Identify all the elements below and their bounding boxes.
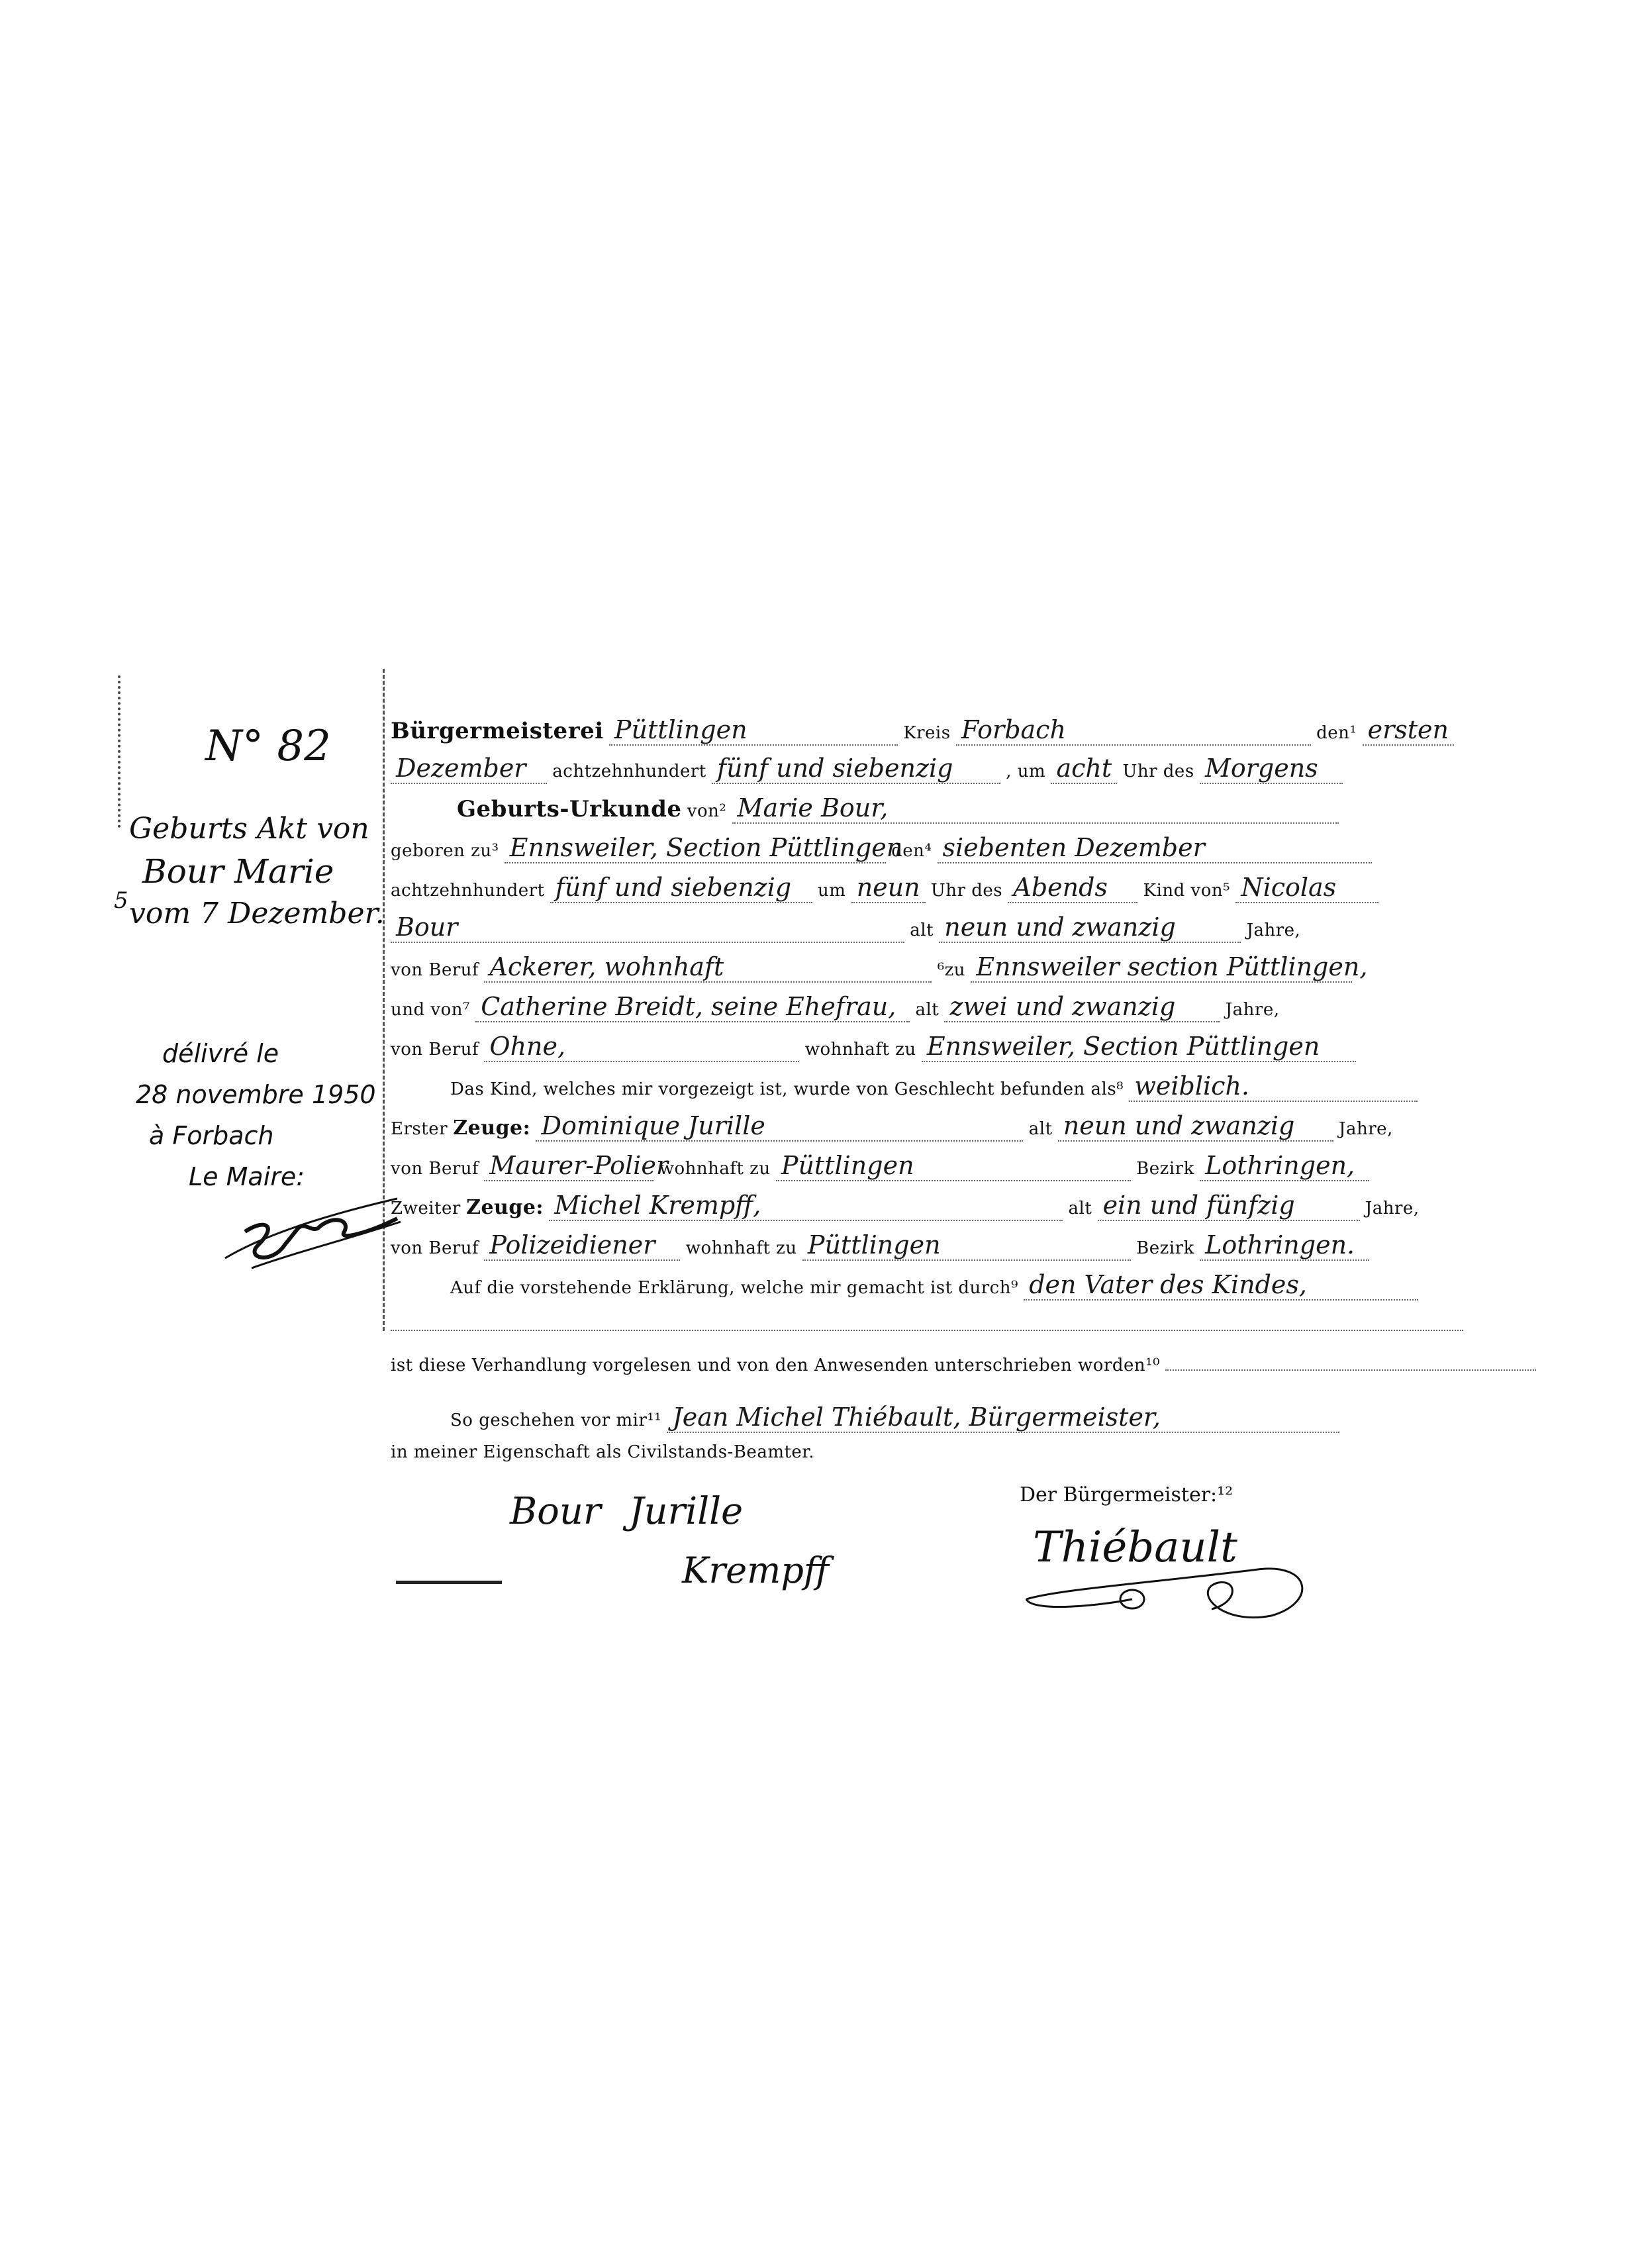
margin-annotation-line: Bour Marie [129, 850, 367, 893]
label-witness: Zeuge: [453, 1116, 530, 1140]
field-month: Dezember [391, 754, 547, 784]
field-witness1-name: Dominique Jurille [536, 1111, 1023, 1142]
label-age: alt [1069, 1199, 1092, 1218]
margin-mayor-signature [218, 1192, 404, 1271]
form-row-mayoralty: Bürgermeisterei Püttlingen Kreis Forbach… [391, 715, 1454, 755]
field-witness1-age: neun und zwanzig [1058, 1111, 1333, 1142]
blank-dotted-line [1165, 1350, 1536, 1371]
label-mayoralty: Bürgermeisterei [391, 718, 604, 744]
margin-annotation: Geburts Akt von Bour Marie vom 7 Dezembe… [129, 808, 367, 935]
label-second: Zweiter [391, 1199, 461, 1218]
label-age: alt [915, 1000, 939, 1020]
label-read-and-signed: ist diese Verhandlung vorgelesen und von… [391, 1356, 1160, 1375]
label-century: achtzehnhundert [552, 762, 706, 781]
field-witness2-name: Michel Krempff, [549, 1191, 1063, 1221]
label-of: von² [687, 801, 727, 821]
french-note-line: délivré le [136, 1033, 387, 1074]
form-row-mother-profession: von Beruf Ohne, wohnhaft zu Ennsweiler, … [391, 1032, 1356, 1071]
field-birth-year: fünf und siebenzig [550, 873, 812, 903]
label-birth-record: Geburts-Urkunde [457, 796, 682, 822]
form-row-witness1: Erster Zeuge: Dominique Jurille alt neun… [391, 1111, 1393, 1151]
form-row-witness1-details: von Beruf Maurer-Polier wohnhaft zu Pütt… [391, 1151, 1369, 1191]
label-profession: von Beruf [391, 1040, 479, 1060]
form-row-title: Geburts-Urkunde von² Marie Bour, [457, 793, 1339, 833]
mayor-title: Der Bürgermeister:¹² [1020, 1483, 1364, 1506]
field-witness2-age: ein und fünfzig [1098, 1191, 1360, 1221]
label-hour-of: Uhr des [931, 881, 1002, 901]
french-note-line: à Forbach [136, 1115, 387, 1156]
margin-side-mark: 5 [114, 887, 128, 914]
label-residing: ⁶zu [938, 960, 965, 980]
field-official: Jean Michel Thiébault, Bürgermeister, [667, 1403, 1339, 1433]
field-father-age: neun und zwanzig [939, 912, 1241, 943]
french-note-line: 28 novembre 1950 [136, 1074, 387, 1115]
field-witness2-profession: Polizeidiener [484, 1230, 680, 1261]
label-sex-statement: Das Kind, welches mir vorgezeigt ist, wu… [450, 1079, 1124, 1099]
field-mother-age: zwei und zwanzig [944, 992, 1220, 1022]
field-witness1-residence: Püttlingen [776, 1151, 1131, 1181]
mayor-signature-block: Der Bürgermeister:¹² Thiébault [1020, 1483, 1364, 1629]
label-at: um [818, 881, 845, 901]
field-witness2-residence: Püttlingen [802, 1230, 1131, 1261]
label-declaration: Auf die vorstehende Erklärung, welche mi… [450, 1278, 1018, 1298]
label-done-before-me: So geschehen vor mir¹¹ [450, 1410, 661, 1430]
field-father-last-name: Bour [391, 912, 904, 943]
margin-annotation-line: vom 7 Dezember. [129, 893, 367, 935]
witness-signatures: Bour Jurille Krempff [483, 1470, 1013, 1629]
mayor-signature-flourish [1020, 1563, 1324, 1622]
form-row-official: So geschehen vor mir¹¹ Jean Michel Thiéb… [450, 1403, 1339, 1442]
act-number: N° 82 [205, 722, 331, 771]
field-child-name: Marie Bour, [732, 793, 1339, 824]
field-father-profession: Ackerer, wohnhaft [484, 952, 932, 983]
label-profession: von Beruf [391, 960, 479, 980]
field-hour: acht [1051, 754, 1117, 784]
field-sex: weiblich. [1129, 1071, 1418, 1102]
label-age: alt [910, 920, 934, 940]
french-delivery-note: délivré le 28 novembre 1950 à Forbach Le… [136, 1033, 387, 1197]
french-note-line: Le Maire: [136, 1156, 387, 1197]
label-district: Kreis [903, 723, 950, 743]
form-row-birth-time: achtzehnhundert fünf und siebenzig um ne… [391, 873, 1378, 912]
field-year: fünf und siebenzig [712, 754, 1000, 784]
form-row-witness2: Zweiter Zeuge: Michel Krempff, alt ein u… [391, 1191, 1420, 1230]
field-declarant: den Vater des Kindes, [1024, 1270, 1418, 1301]
form-row-birthplace: geboren zu³ Ennsweiler, Section Püttling… [391, 833, 1372, 873]
label-profession: von Beruf [391, 1159, 479, 1179]
signature-father: Bour [510, 1490, 601, 1533]
signature-witness2: Krempff [682, 1550, 829, 1591]
margin-annotation-line: Geburts Akt von [129, 808, 367, 850]
label-born-in: geboren zu³ [391, 841, 499, 861]
label-years: Jahre, [1226, 1000, 1280, 1020]
signature-witness1: Jurille [629, 1490, 743, 1533]
scanned-page: N° 82 Geburts Akt von Bour Marie vom 7 D… [0, 0, 1642, 2268]
label-hour-of: Uhr des [1122, 762, 1194, 781]
form-row-blank [391, 1310, 1463, 1350]
label-profession: von Beruf [391, 1238, 479, 1258]
label-first: Erster [391, 1119, 448, 1139]
form-row-date: Dezember achtzehnhundert fünf und sieben… [391, 754, 1343, 793]
label-capacity: in meiner Eigenschaft als Civilstands-Be… [391, 1442, 814, 1462]
label-date: den¹ [1316, 723, 1357, 743]
label-residing: wohnhaft zu [805, 1040, 916, 1060]
field-mother-name: Catherine Breidt, seine Ehefrau, [475, 992, 910, 1022]
label-years: Jahre, [1339, 1119, 1393, 1139]
field-father-first-name: Nicolas [1235, 873, 1378, 903]
label-century: achtzehnhundert [391, 881, 544, 901]
label-and-of: und von⁷ [391, 1000, 470, 1020]
label-region: Bezirk [1136, 1159, 1194, 1179]
field-district: Forbach [956, 715, 1311, 746]
label-at: , um [1006, 762, 1045, 781]
form-row-declaration: Auf die vorstehende Erklärung, welche mi… [450, 1270, 1418, 1310]
form-row-mother: und von⁷ Catherine Breidt, seine Ehefrau… [391, 992, 1280, 1032]
field-father-residence: Ennsweiler section Püttlingen, [971, 952, 1352, 983]
blank-dotted-line [391, 1310, 1463, 1331]
field-birth-date: siebenten Dezember [938, 833, 1372, 863]
form-row-witness2-details: von Beruf Polizeidiener wohnhaft zu Pütt… [391, 1230, 1369, 1270]
label-age: alt [1029, 1119, 1053, 1139]
field-witness2-region: Lothringen. [1200, 1230, 1369, 1261]
bottom-rule [396, 1581, 502, 1584]
field-birthplace: Ennsweiler, Section Püttlingen [505, 833, 886, 863]
field-date-day: ersten [1363, 715, 1454, 746]
page-edge-mark [118, 675, 121, 828]
form-row-father-profession: von Beruf Ackerer, wohnhaft ⁶zu Ennsweil… [391, 952, 1352, 992]
label-child-of: Kind von⁵ [1143, 881, 1230, 901]
form-row-father: Bour alt neun und zwanzig Jahre, [391, 912, 1300, 952]
label-region: Bezirk [1136, 1238, 1194, 1258]
label-years: Jahre, [1247, 920, 1301, 940]
field-time-of-day: Morgens [1200, 754, 1343, 784]
form-row-read-signed: ist diese Verhandlung vorgelesen und von… [391, 1350, 1536, 1389]
label-residing: wohnhaft zu [686, 1238, 797, 1258]
field-birth-hour: neun [851, 873, 926, 903]
field-birth-time-of-day: Abends [1008, 873, 1137, 903]
label-on: den⁴ [891, 841, 932, 861]
field-witness1-region: Lothringen, [1200, 1151, 1369, 1181]
field-mayoralty: Püttlingen [609, 715, 898, 746]
field-witness1-profession: Maurer-Polier [484, 1151, 653, 1181]
field-mother-profession: Ohne, [484, 1032, 799, 1062]
label-witness: Zeuge: [466, 1196, 544, 1219]
label-residing: wohnhaft zu [659, 1159, 771, 1179]
form-row-sex: Das Kind, welches mir vorgezeigt ist, wu… [450, 1071, 1418, 1111]
label-years: Jahre, [1365, 1199, 1420, 1218]
field-mother-residence: Ennsweiler, Section Püttlingen [922, 1032, 1356, 1062]
